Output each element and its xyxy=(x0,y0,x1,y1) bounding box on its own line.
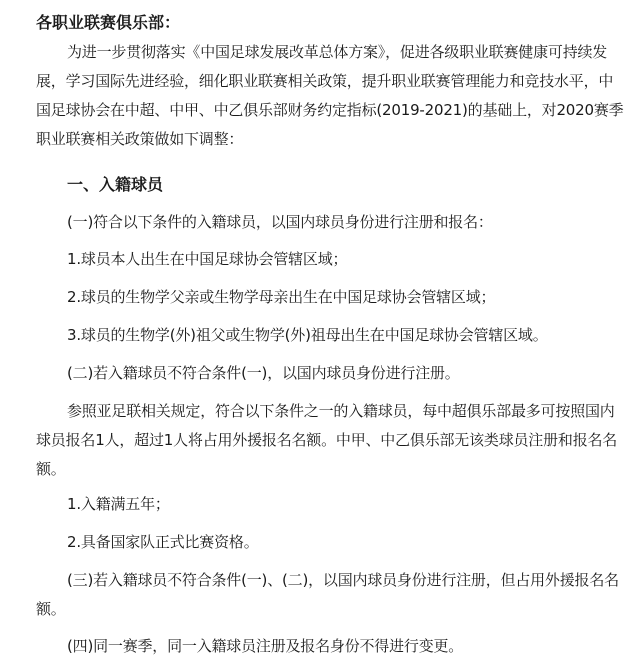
intro-paragraph: 为进一步贯彻落实《中国足球发展改革总体方案》，促进各级职业联赛健康可持续发展，学… xyxy=(36,38,626,154)
paragraph-afc-rule: 参照亚足联相关规定，符合以下条件之一的入籍球员，每中超俱乐部最多可按照国内球员报… xyxy=(36,397,626,484)
paragraph-sub-item-2: 2.具备国家队正式比赛资格。 xyxy=(36,528,626,557)
paragraph-condition-3: (三)若入籍球员不符合条件(一)、(二)，以国内球员身份进行注册，但占用外援报名… xyxy=(36,566,626,624)
section-title: 一、入籍球员 xyxy=(67,174,163,196)
paragraph-condition-4: (四)同一赛季，同一入籍球员注册及报名身份不得进行变更。 xyxy=(36,632,626,661)
paragraph-item-3: 3.球员的生物学(外)祖父或生物学(外)祖母出生在中国足球协会管辖区域。 xyxy=(36,321,626,350)
paragraph-item-2: 2.球员的生物学父亲或生物学母亲出生在中国足球协会管辖区域； xyxy=(36,283,626,312)
paragraph-condition-2: (二)若入籍球员不符合条件(一)，以国内球员身份进行注册。 xyxy=(36,359,626,388)
paragraph-condition-1: (一)符合以下条件的入籍球员，以国内球员身份进行注册和报名： xyxy=(36,208,626,237)
salutation: 各职业联赛俱乐部： xyxy=(36,12,180,34)
paragraph-sub-item-1: 1.入籍满五年； xyxy=(36,490,626,519)
paragraph-item-1: 1.球员本人出生在中国足球协会管辖区域； xyxy=(36,245,626,274)
